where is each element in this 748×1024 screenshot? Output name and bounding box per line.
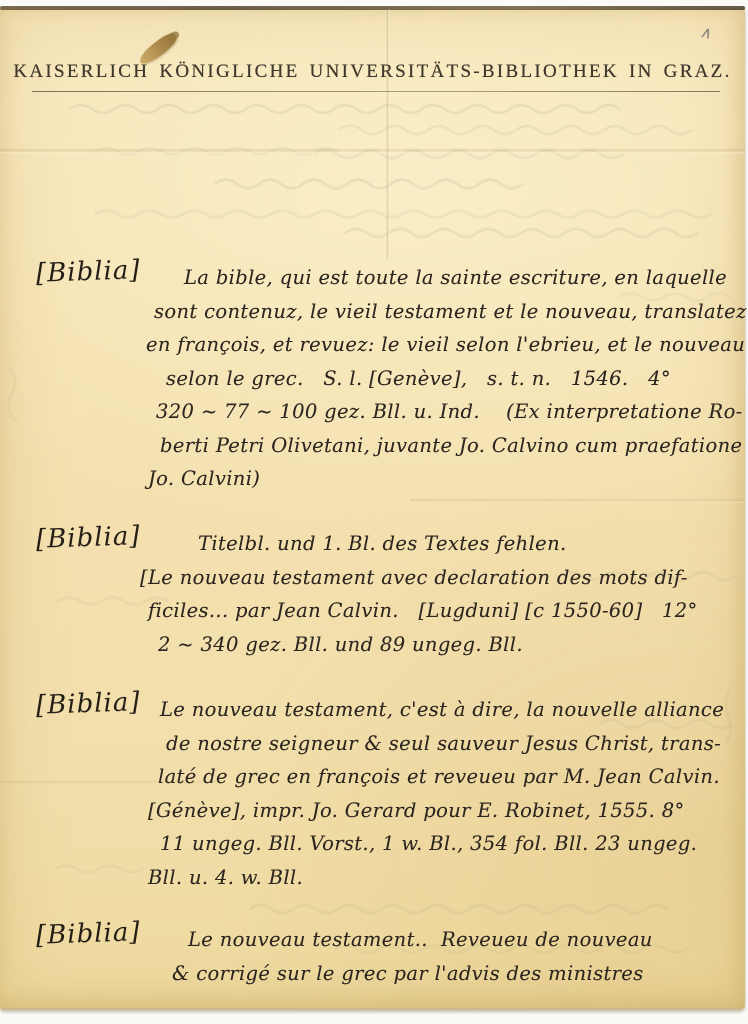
entry-text: Titelbl. und 1. Bl. des Textes fehlen.[L… <box>146 527 727 661</box>
entry-heading: [Biblia] <box>36 687 141 721</box>
catalogue-entry: [Biblia] La bible, qui est toute la sain… <box>36 261 727 496</box>
manuscript-line: 2 ~ 340 gez. Bll. und 89 ungeg. Bll. <box>158 628 727 662</box>
manuscript-line: 320 ~ 77 ~ 100 gez. Bll. u. Ind. (Ex int… <box>156 395 727 429</box>
scanner-background: KAISERLICH KÖNIGLICHE UNIVERSITÄTS-BIBLI… <box>0 0 748 1024</box>
catalogue-entries: [Biblia] La bible, qui est toute la sain… <box>0 9 745 1008</box>
paper-sheet: KAISERLICH KÖNIGLICHE UNIVERSITÄTS-BIBLI… <box>0 9 745 1010</box>
manuscript-line: en françois, et revuez: le vieil selon l… <box>146 328 727 362</box>
entry-text: Le nouveau testament, c'est à dire, la n… <box>146 693 727 894</box>
manuscript-line: selon le grec. S. l. [Genève], s. t. n. … <box>166 362 727 396</box>
manuscript-line: laté de grec en françois et reveueu par … <box>158 760 727 794</box>
manuscript-line: Bll. u. 4. w. Bll. <box>148 861 727 895</box>
entry-heading: [Biblia] <box>36 521 141 555</box>
entry-text: La bible, qui est toute la sainte escrit… <box>146 261 727 496</box>
catalogue-entry: [Biblia] Titelbl. und 1. Bl. des Textes … <box>36 527 727 661</box>
entry-text: Le nouveau testament.. Reveueu de nouvea… <box>146 923 727 990</box>
manuscript-line: Titelbl. und 1. Bl. des Textes fehlen. <box>198 527 727 561</box>
manuscript-line: [Génève], impr. Jo. Gerard pour E. Robin… <box>148 794 727 828</box>
manuscript-line: Le nouveau testament, c'est à dire, la n… <box>160 693 727 727</box>
entry-heading: [Biblia] <box>36 917 141 951</box>
entry-heading: [Biblia] <box>36 255 141 289</box>
catalogue-entry: [Biblia] Le nouveau testament.. Reveueu … <box>36 923 727 990</box>
catalogue-entry: [Biblia] Le nouveau testament, c'est à d… <box>36 693 727 894</box>
manuscript-line: 11 ungeg. Bll. Vorst., 1 w. Bl., 354 fol… <box>160 827 727 861</box>
manuscript-line: de nostre seigneur & seul sauveur Jesus … <box>166 727 727 761</box>
manuscript-line: Le nouveau testament.. Reveueu de nouvea… <box>188 923 727 957</box>
manuscript-line: sont contenuz, le vieil testament et le … <box>154 295 727 329</box>
manuscript-line: berti Petri Olivetani, juvante Jo. Calvi… <box>160 429 727 463</box>
manuscript-line: Jo. Calvini) <box>148 462 727 496</box>
manuscript-line: & corrigé sur le grec par l'advis des mi… <box>172 957 727 991</box>
scanned-page: { "document": { "letterhead": "KAISERLIC… <box>0 0 748 1024</box>
manuscript-line: ficiles... par Jean Calvin. [Lugduni] [c… <box>148 594 727 628</box>
manuscript-line: [Le nouveau testament avec declaration d… <box>140 561 727 595</box>
manuscript-line: La bible, qui est toute la sainte escrit… <box>184 261 727 295</box>
